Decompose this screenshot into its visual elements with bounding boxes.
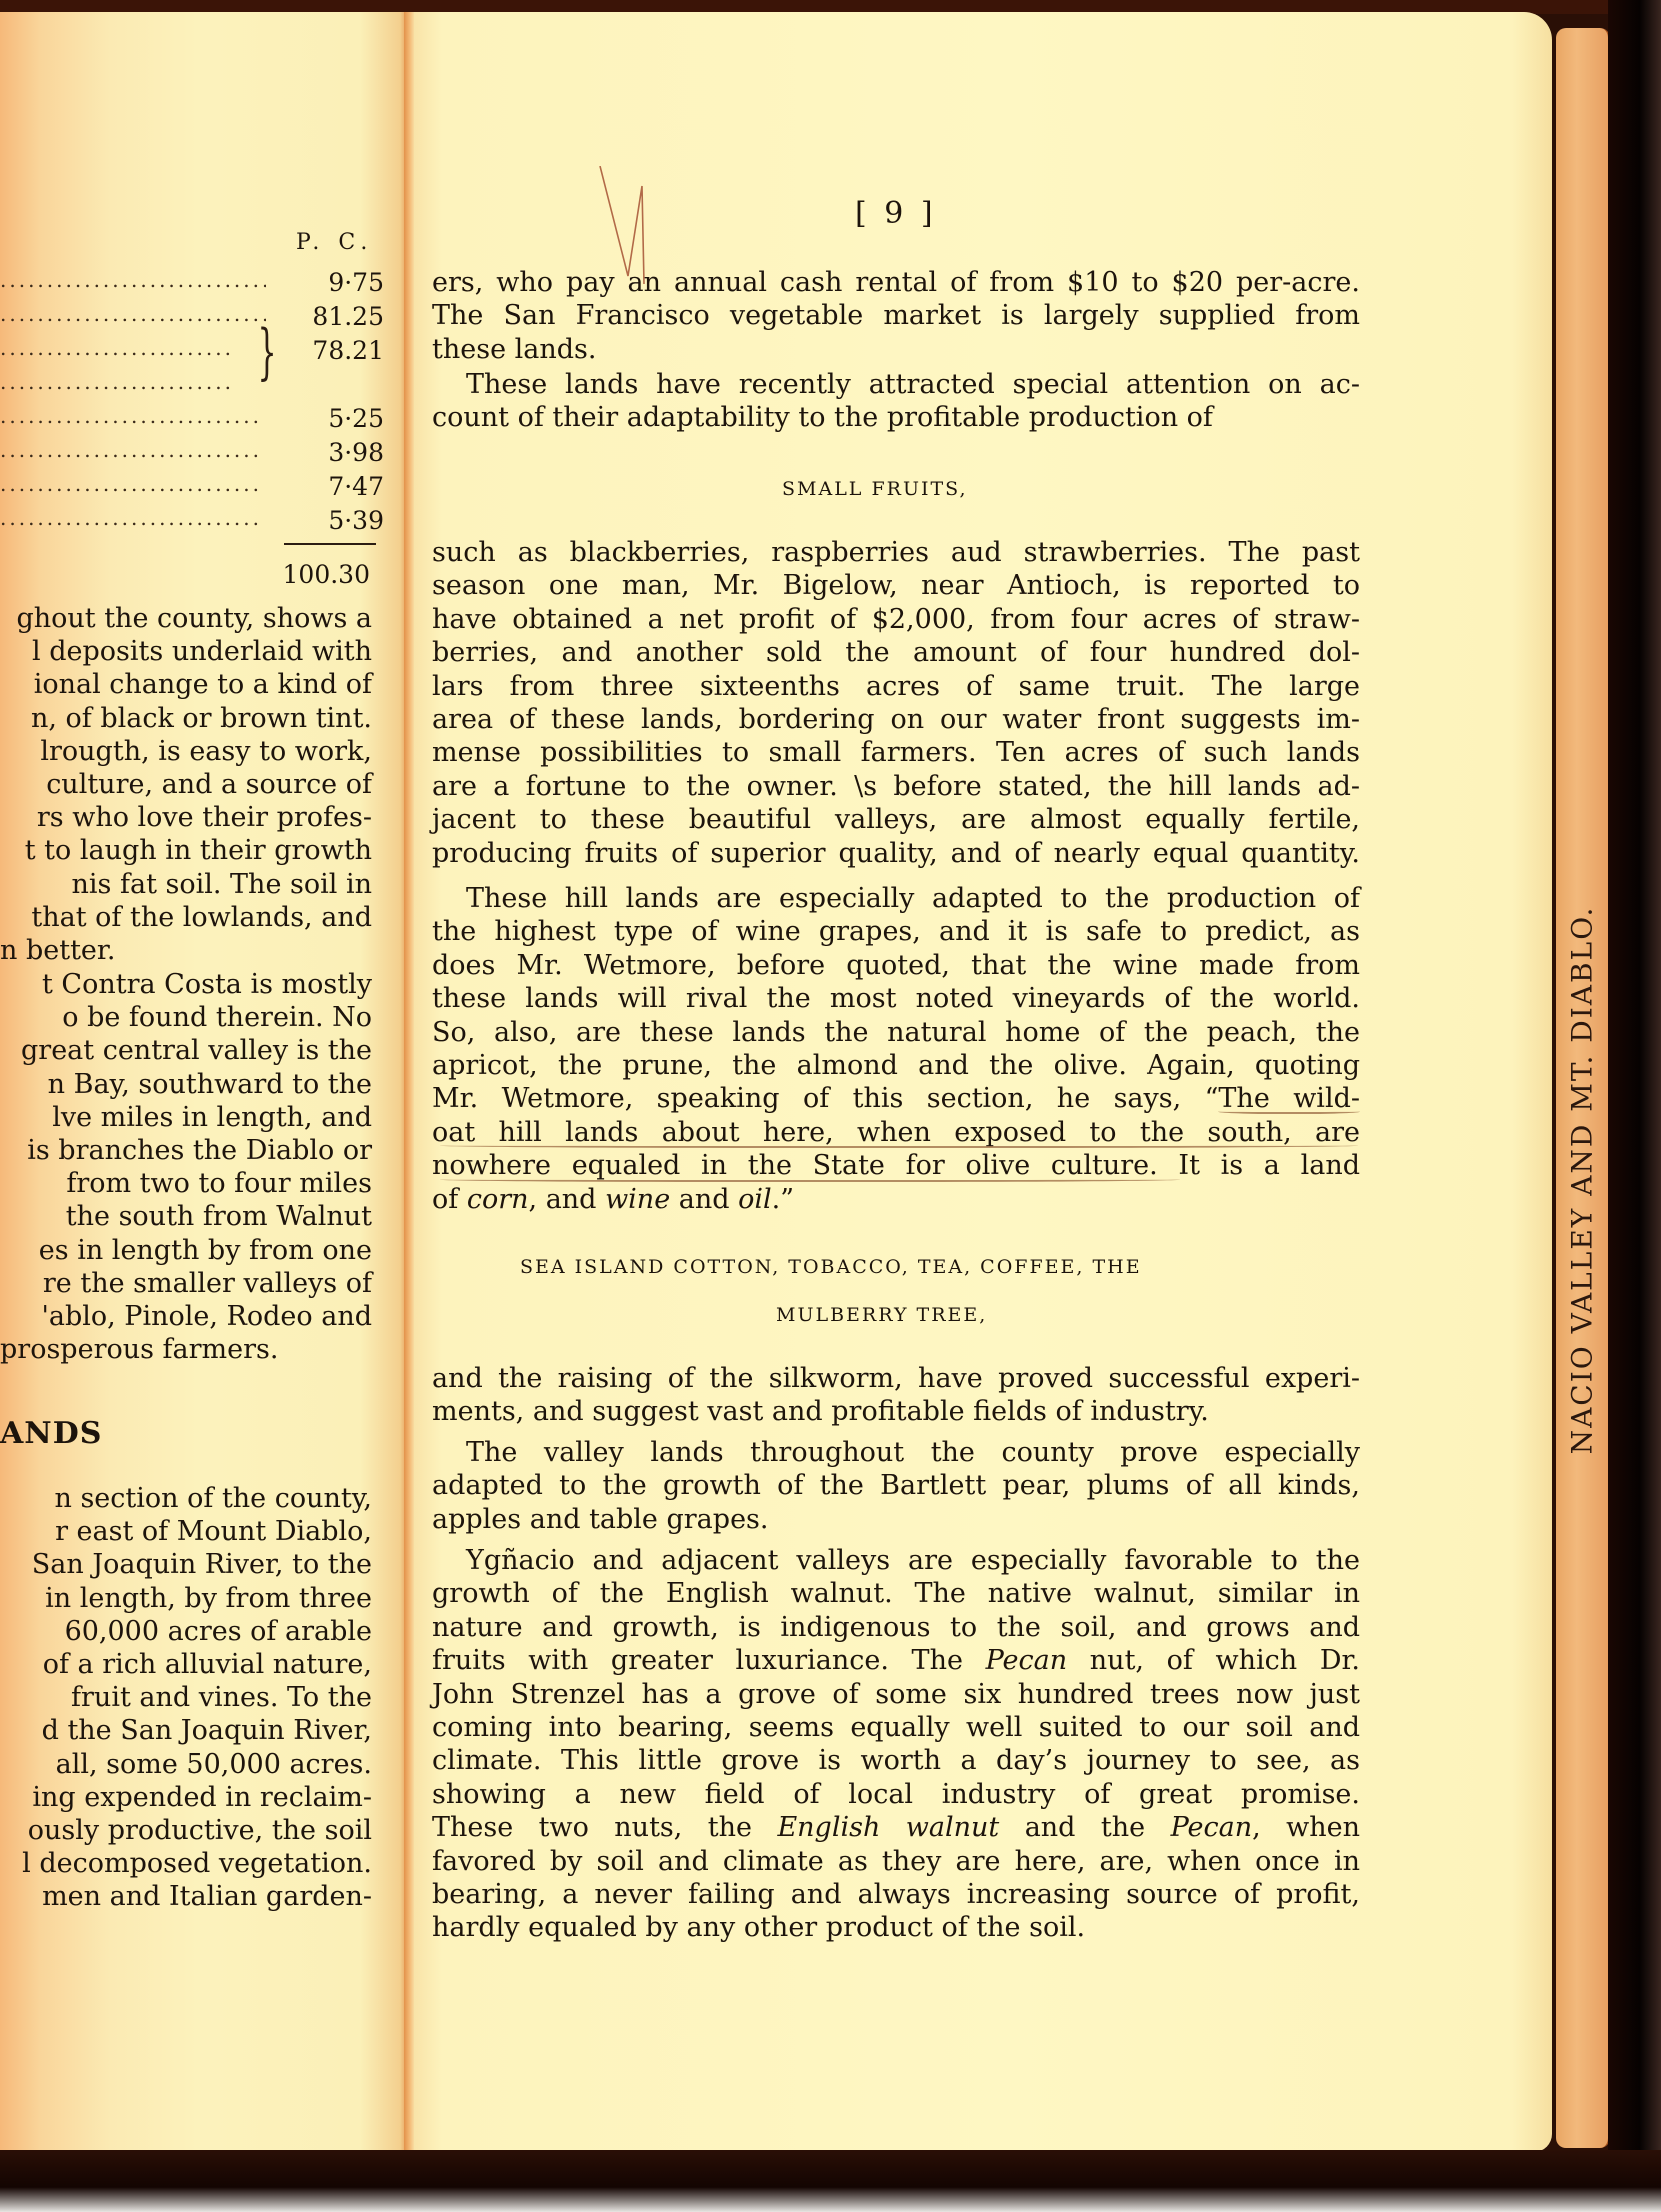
- leader-dots: ........................................: [0, 506, 262, 530]
- table-header: P. C.: [296, 230, 373, 255]
- pencil-underline: [1218, 1108, 1360, 1114]
- cover-edge-bottom: [0, 2150, 1661, 2212]
- leader-dots: ........................................: [0, 336, 232, 360]
- paragraph-valley-lands: The valley lands throughout the county p…: [432, 1436, 1360, 1536]
- page-number: [ 9 ]: [855, 196, 937, 231]
- leader-dots: ........................................: [0, 404, 262, 428]
- leader-dots: ........................................: [0, 268, 266, 292]
- paragraph-silkworm: and the raising of the silkworm, have pr…: [432, 1362, 1360, 1429]
- leader-dots: ........................................: [0, 302, 266, 326]
- left-paragraph-3: n section of the county, r east of Mount…: [0, 1482, 372, 1913]
- paragraph-small-fruits: such as blackberries, raspberries aud st…: [432, 536, 1360, 870]
- gutter: [404, 12, 414, 2152]
- pencil-underline: [440, 1176, 1180, 1182]
- table-row: ........................................…: [0, 506, 384, 536]
- leader-dots: ........................................: [0, 370, 232, 394]
- leader-dots: ........................................: [0, 472, 262, 496]
- table-row: ........................................…: [0, 404, 384, 434]
- table-row: ........................................: [0, 370, 384, 400]
- table-total: 100.30: [283, 560, 370, 589]
- table-row: ........................................…: [0, 336, 384, 366]
- heading-cotton: SEA ISLAND COTTON, TOBACCO, TEA, COFFEE,…: [520, 1256, 1142, 1278]
- table-row: ........................................…: [0, 438, 384, 468]
- brace-icon: }: [258, 322, 277, 382]
- paragraph-attention: These lands have recently attracted spec…: [432, 368, 1360, 435]
- table-row: ........................................…: [0, 302, 384, 332]
- cover-edge-right: [1608, 0, 1661, 2212]
- left-paragraph-2: t Contra Costa is mostly o be found ther…: [0, 968, 372, 1366]
- spine-title: NACIO VALLEY AND MT. DIABLO.: [1564, 900, 1600, 1460]
- left-paragraph-1: ghout the county, shows a l deposits und…: [0, 602, 372, 967]
- heading-mulberry: MULBERRY TREE,: [776, 1304, 987, 1326]
- sum-rule: [284, 543, 376, 545]
- paragraph-rental: ers, who pay an annual cash rental of fr…: [432, 266, 1360, 366]
- leader-dots: ........................................: [0, 438, 262, 462]
- heading-small-fruits: SMALL FRUITS,: [782, 478, 968, 500]
- table-row: ........................................…: [0, 472, 384, 502]
- paragraph-walnut: Ygñacio and adjacent valleys are especia…: [432, 1544, 1360, 1945]
- quote-end-line: of corn, and wine and oil.”: [432, 1183, 1360, 1216]
- section-heading-lands: ANDS: [0, 1416, 102, 1451]
- table-row: ........................................…: [0, 268, 384, 298]
- pencil-underline: [440, 1142, 1358, 1148]
- paragraph-hill-lands: These hill lands are especially adapted …: [432, 882, 1360, 1216]
